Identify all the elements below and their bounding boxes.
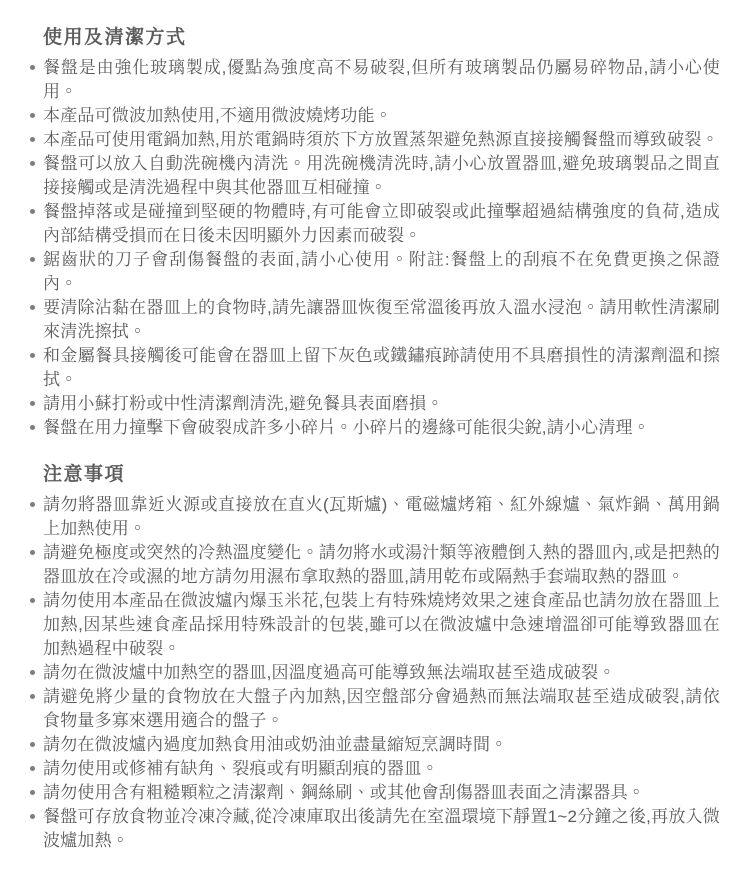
list-item: 請避免將少量的食物放在大盤子內加熱,因空盤部分會過熱而無法端取甚至造成破裂,請依… <box>43 685 720 733</box>
section-usage-cleaning: 使用及清潔方式 餐盤是由強化玻璃製成,優點為強度高不易破裂,但所有玻璃製品仍屬易… <box>43 25 720 440</box>
list-item: 餐盤掉落或是碰撞到堅硬的物體時,有可能會立即破裂或此撞擊超過結構強度的負荷,造成… <box>43 200 720 248</box>
list-item: 要清除沾黏在器皿上的食物時,請先讓器皿恢復至常溫後再放入溫水浸泡。請用軟性清潔刷… <box>43 296 720 344</box>
bullet-dot-icon <box>30 814 35 819</box>
list-item: 請用小蘇打粉或中性清潔劑清洗,避免餐具表面磨損。 <box>43 392 720 416</box>
bullet-dot-icon <box>30 694 35 699</box>
list-item: 和金屬餐具接觸後可能會在器皿上留下灰色或鐵鏽痕跡請使用不具磨損性的清潔劑溫和擦拭… <box>43 344 720 392</box>
bullet-dot-icon <box>30 257 35 262</box>
bullet-dot-icon <box>30 113 35 118</box>
list-item: 餐盤可存放食物並冷凍冷藏,從冷凍庫取出後請先在室溫環境下靜置1~2分鐘之後,再放… <box>43 805 720 853</box>
list-item-text: 請勿使用或修補有缺角、裂痕或有明顯刮痕的器皿。 <box>43 757 720 781</box>
list-item: 請勿使用或修補有缺角、裂痕或有明顯刮痕的器皿。 <box>43 757 720 781</box>
bullet-dot-icon <box>30 502 35 507</box>
list-item: 本產品可微波加熱使用,不適用微波燒烤功能。 <box>43 104 720 128</box>
list-item-text: 餐盤可存放食物並冷凍冷藏,從冷凍庫取出後請先在室溫環境下靜置1~2分鐘之後,再放… <box>43 805 720 853</box>
care-instructions-document: 使用及清潔方式 餐盤是由強化玻璃製成,優點為強度高不易破裂,但所有玻璃製品仍屬易… <box>0 0 750 853</box>
bullet-dot-icon <box>30 65 35 70</box>
list-item: 請勿將器皿靠近火源或直接放在直火(瓦斯爐)、電磁爐烤箱、紅外線爐、氣炸鍋、萬用鍋… <box>43 493 720 541</box>
list-item-text: 和金屬餐具接觸後可能會在器皿上留下灰色或鐵鏽痕跡請使用不具磨損性的清潔劑溫和擦拭… <box>43 344 720 392</box>
list-item-text: 餐盤掉落或是碰撞到堅硬的物體時,有可能會立即破裂或此撞擊超過結構強度的負荷,造成… <box>43 200 720 248</box>
list-item: 本產品可使用電鍋加熱,用於電鍋時須於下方放置蒸架避免熱源直接接觸餐盤而導致破裂。 <box>43 128 720 152</box>
section-notices: 注意事項 請勿將器皿靠近火源或直接放在直火(瓦斯爐)、電磁爐烤箱、紅外線爐、氣炸… <box>43 462 720 853</box>
bullet-dot-icon <box>30 598 35 603</box>
list-item-text: 請勿使用本產品在微波爐內爆玉米花,包裝上有特殊燒烤效果之速食產品也請勿放在器皿上… <box>43 589 720 661</box>
section-title-usage-cleaning: 使用及清潔方式 <box>43 25 720 51</box>
list-item-text: 請勿在微波爐內過度加熱食用油或奶油並盡量縮短烹調時間。 <box>43 733 720 757</box>
list-item-text: 請勿使用含有粗糙顆粒之清潔劑、鋼絲刷、或其他會刮傷器皿表面之清潔器具。 <box>43 781 720 805</box>
bullet-dot-icon <box>30 742 35 747</box>
list-item-text: 請勿在微波爐中加熱空的器皿,因溫度過高可能導致無法端取甚至造成破裂。 <box>43 661 720 685</box>
list-item: 請避免極度或突然的冷熱溫度變化。請勿將水或湯汁類等液體倒入熱的器皿內,或是把熱的… <box>43 541 720 589</box>
bullet-dot-icon <box>30 790 35 795</box>
list-item-text: 餐盤可以放入自動洗碗機內清洗。用洗碗機清洗時,請小心放置器皿,避免玻璃製品之間直… <box>43 152 720 200</box>
list-item-text: 餐盤在用力撞擊下會破裂成許多小碎片。小碎片的邊緣可能很尖銳,請小心清理。 <box>43 416 720 440</box>
bullet-dot-icon <box>30 550 35 555</box>
list-item: 餐盤可以放入自動洗碗機內清洗。用洗碗機清洗時,請小心放置器皿,避免玻璃製品之間直… <box>43 152 720 200</box>
bullet-dot-icon <box>30 425 35 430</box>
list-item: 請勿使用本產品在微波爐內爆玉米花,包裝上有特殊燒烤效果之速食產品也請勿放在器皿上… <box>43 589 720 661</box>
list-item: 餐盤是由強化玻璃製成,優點為強度高不易破裂,但所有玻璃製品仍屬易碎物品,請小心使… <box>43 56 720 104</box>
list-item-text: 請避免將少量的食物放在大盤子內加熱,因空盤部分會過熱而無法端取甚至造成破裂,請依… <box>43 685 720 733</box>
section-title-notices: 注意事項 <box>43 462 720 488</box>
list-item: 請勿在微波爐內過度加熱食用油或奶油並盡量縮短烹調時間。 <box>43 733 720 757</box>
bullet-dot-icon <box>30 161 35 166</box>
list-item: 鋸齒狀的刀子會刮傷餐盤的表面,請小心使用。附註:餐盤上的刮痕不在免費更換之保證內… <box>43 248 720 296</box>
bullet-dot-icon <box>30 209 35 214</box>
bullet-dot-icon <box>30 137 35 142</box>
list-item: 請勿使用含有粗糙顆粒之清潔劑、鋼絲刷、或其他會刮傷器皿表面之清潔器具。 <box>43 781 720 805</box>
bullet-dot-icon <box>30 670 35 675</box>
list-item: 餐盤在用力撞擊下會破裂成許多小碎片。小碎片的邊緣可能很尖銳,請小心清理。 <box>43 416 720 440</box>
list-item-text: 餐盤是由強化玻璃製成,優點為強度高不易破裂,但所有玻璃製品仍屬易碎物品,請小心使… <box>43 56 720 104</box>
list-item-text: 本產品可使用電鍋加熱,用於電鍋時須於下方放置蒸架避免熱源直接接觸餐盤而導致破裂。 <box>43 128 720 152</box>
list-item-text: 請避免極度或突然的冷熱溫度變化。請勿將水或湯汁類等液體倒入熱的器皿內,或是把熱的… <box>43 541 720 589</box>
usage-cleaning-list: 餐盤是由強化玻璃製成,優點為強度高不易破裂,但所有玻璃製品仍屬易碎物品,請小心使… <box>43 56 720 440</box>
bullet-dot-icon <box>30 305 35 310</box>
list-item-text: 請用小蘇打粉或中性清潔劑清洗,避免餐具表面磨損。 <box>43 392 720 416</box>
bullet-dot-icon <box>30 766 35 771</box>
bullet-dot-icon <box>30 401 35 406</box>
list-item: 請勿在微波爐中加熱空的器皿,因溫度過高可能導致無法端取甚至造成破裂。 <box>43 661 720 685</box>
bullet-dot-icon <box>30 353 35 358</box>
list-item-text: 要清除沾黏在器皿上的食物時,請先讓器皿恢復至常溫後再放入溫水浸泡。請用軟性清潔刷… <box>43 296 720 344</box>
list-item-text: 鋸齒狀的刀子會刮傷餐盤的表面,請小心使用。附註:餐盤上的刮痕不在免費更換之保證內… <box>43 248 720 296</box>
list-item-text: 本產品可微波加熱使用,不適用微波燒烤功能。 <box>43 104 720 128</box>
notices-list: 請勿將器皿靠近火源或直接放在直火(瓦斯爐)、電磁爐烤箱、紅外線爐、氣炸鍋、萬用鍋… <box>43 493 720 853</box>
list-item-text: 請勿將器皿靠近火源或直接放在直火(瓦斯爐)、電磁爐烤箱、紅外線爐、氣炸鍋、萬用鍋… <box>43 493 720 541</box>
